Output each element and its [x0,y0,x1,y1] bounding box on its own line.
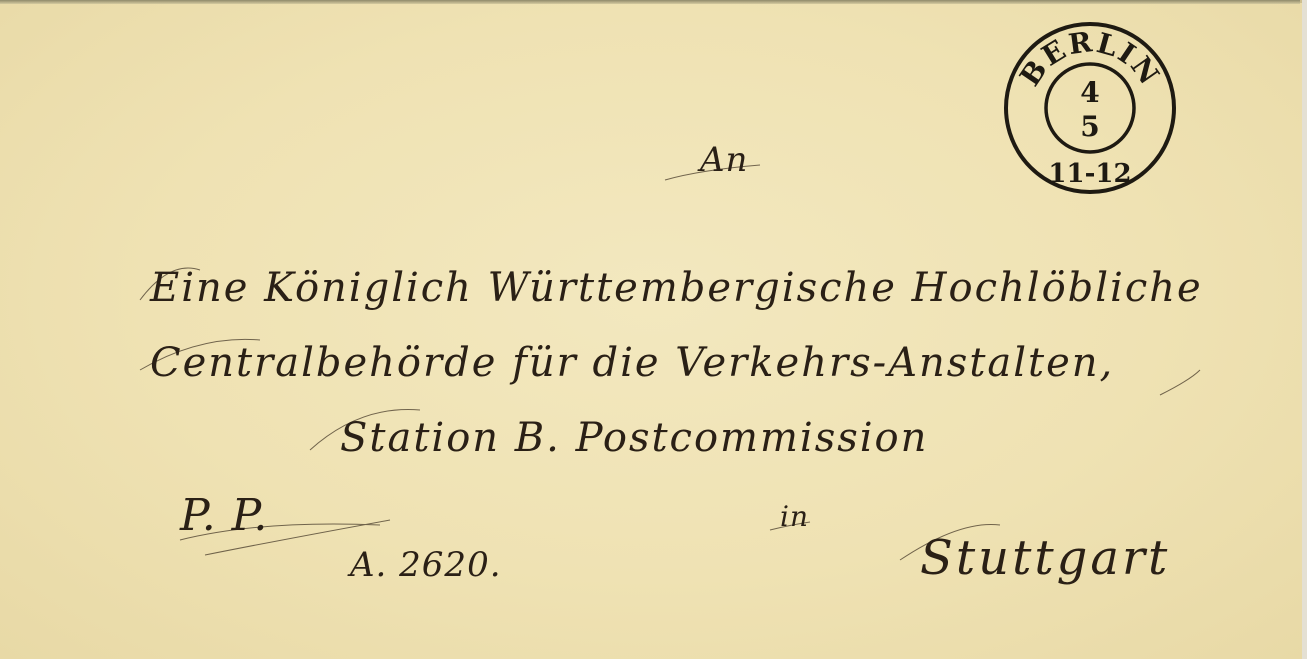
envelope: BERLIN 4 5 11-12 An Eine Königlich Württ… [0,0,1307,659]
envelope-right-edge [1302,0,1307,659]
berlin-postmark: BERLIN 4 5 11-12 [1000,18,1180,198]
address-line-2: Centralbehörde für die Verkehrs-Anstalte… [150,340,1114,386]
postmark-month: 5 [1080,110,1099,143]
salutation: An [700,140,748,180]
pp-annotation: P. P. [180,490,268,541]
postmark-time: 11-12 [1048,159,1131,189]
envelope-top-edge [0,0,1300,4]
postmark-day: 4 [1080,76,1099,109]
reference-number: A. 2620. [350,545,502,585]
preposition-in: in [780,500,809,533]
address-line-3: Station B. Postcommission [340,415,928,461]
address-line-1: Eine Königlich Württembergische Hochlöbl… [150,265,1203,311]
destination-city: Stuttgart [920,530,1170,586]
